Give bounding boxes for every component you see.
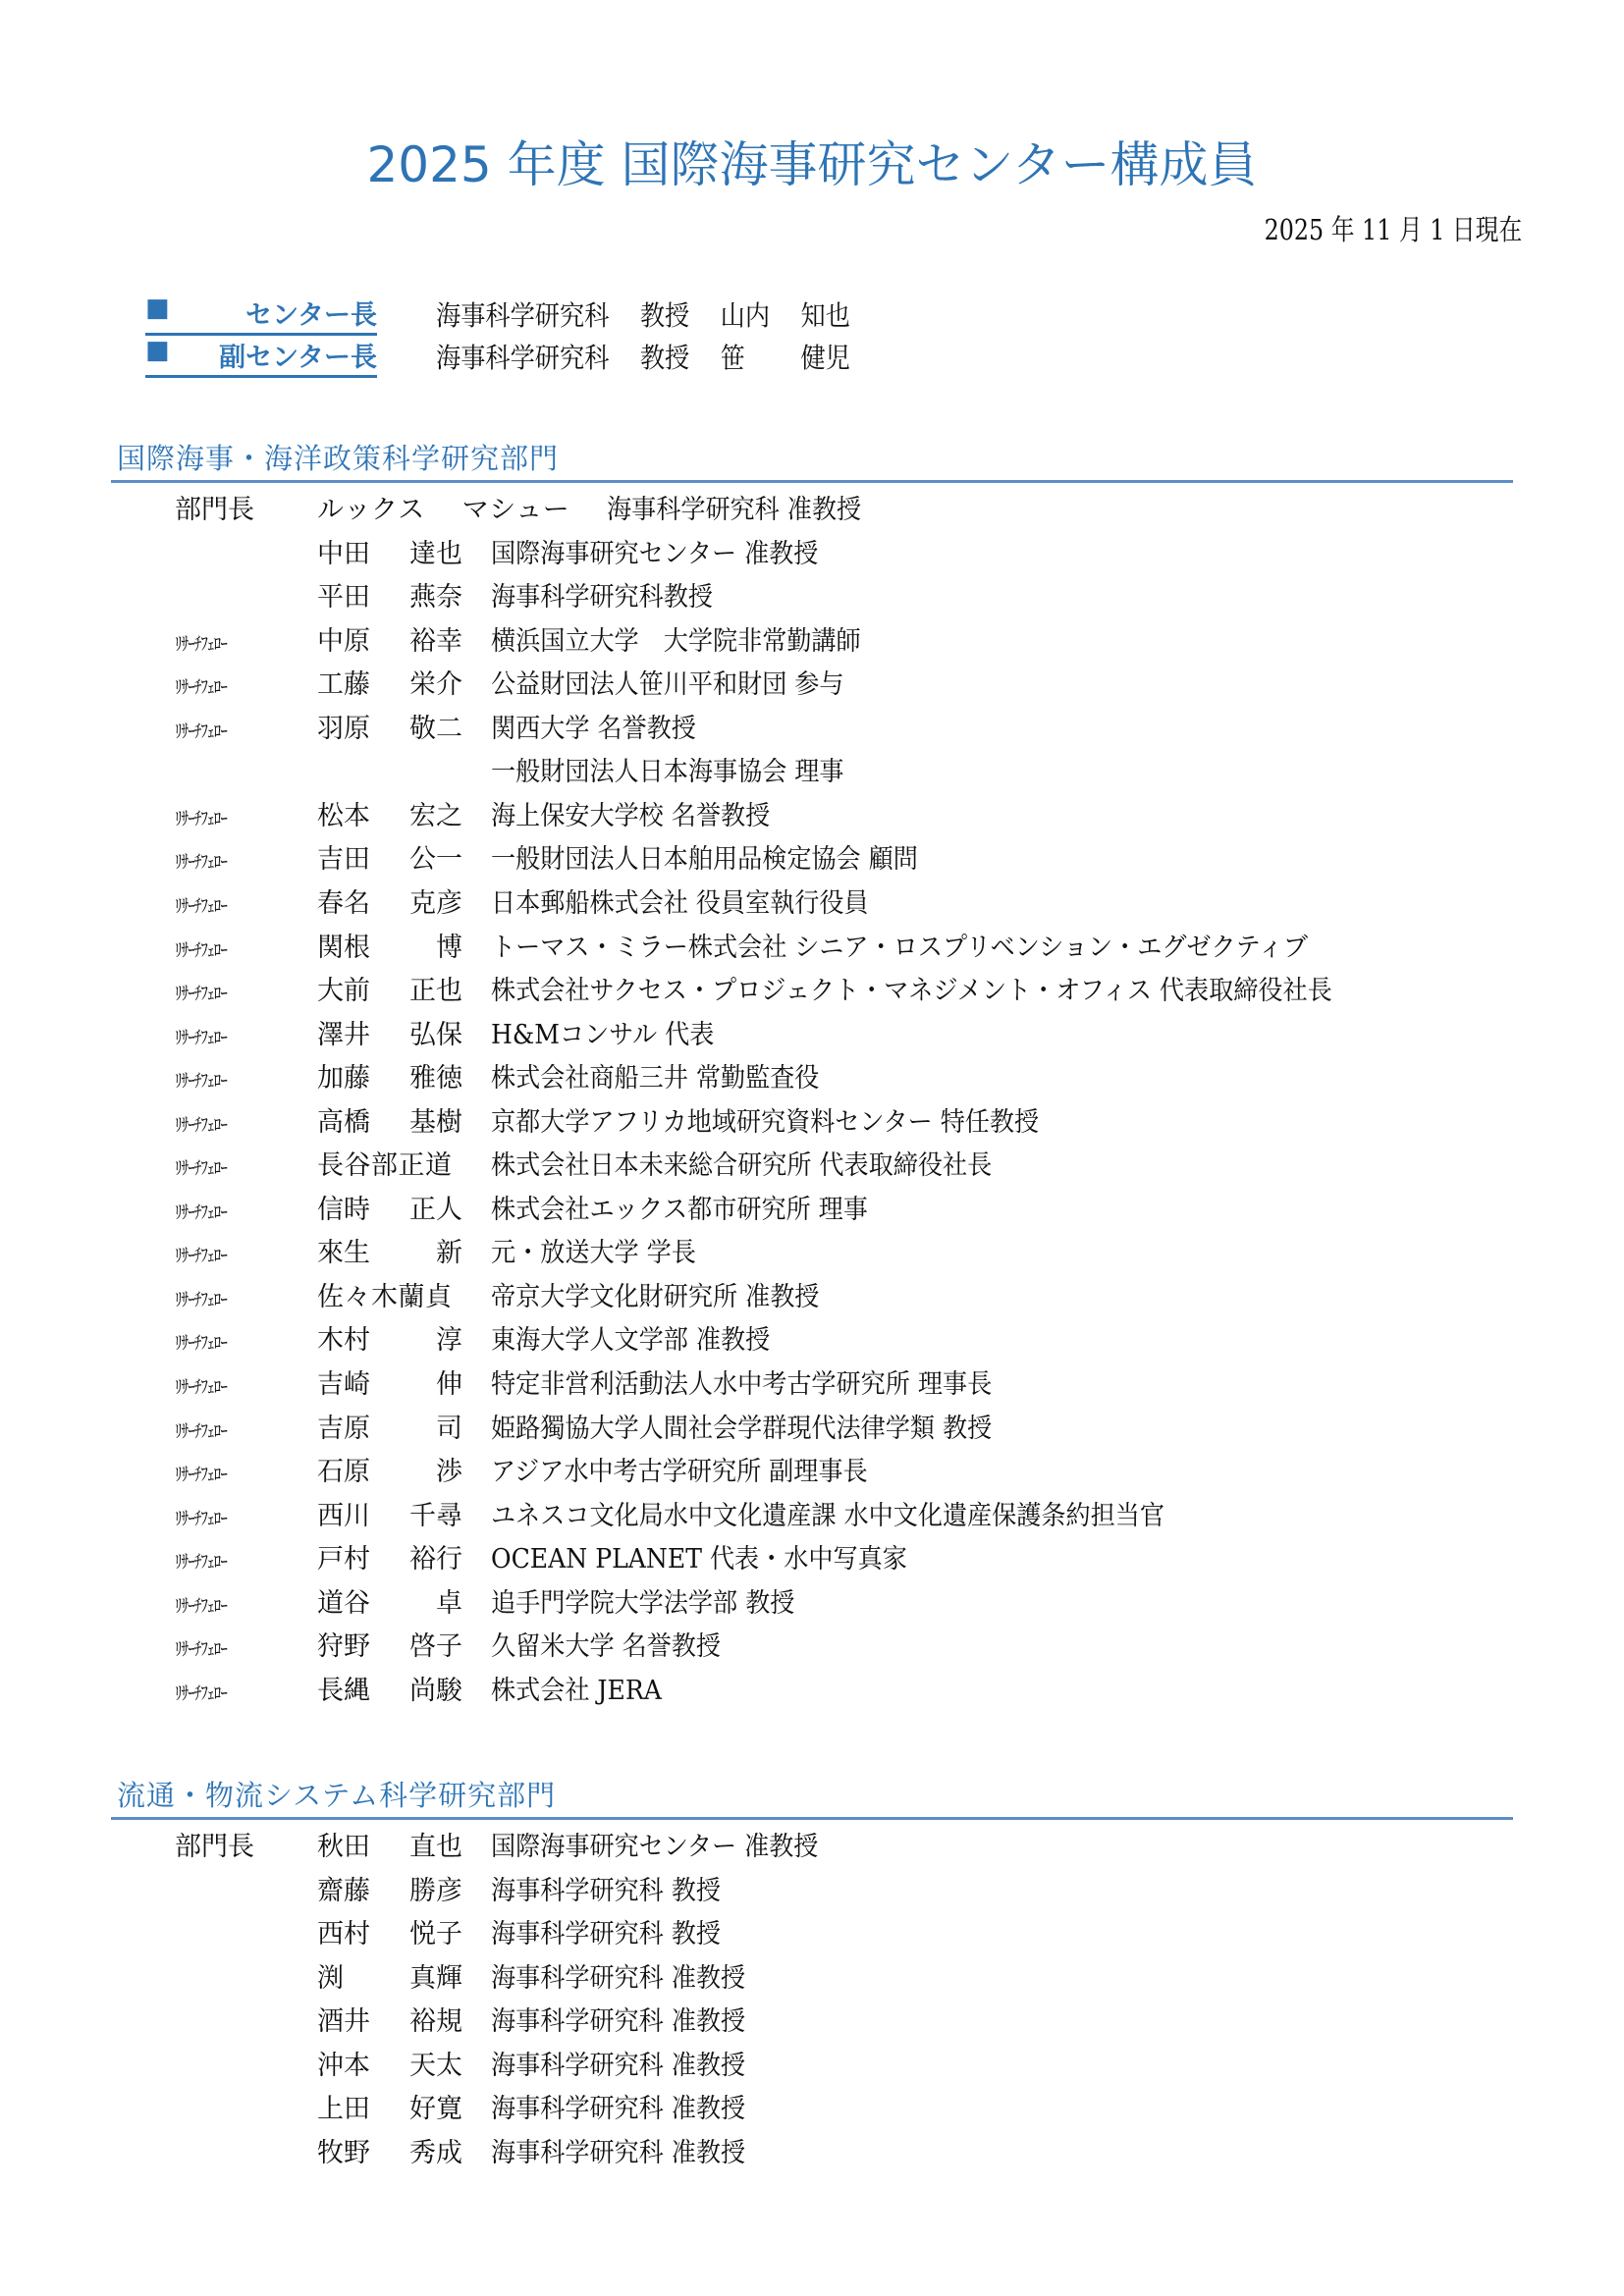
member-row: 部門長秋田直也国際海事研究センター 准教授 [0,1826,1624,1869]
member-affiliation: 株式会社サクセス・プロジェクト・マネジメント・オフィス 代表取締役社長 [491,970,1332,1013]
section-divider [111,480,1513,483]
member-role: ﾘｻｰﾁﾌｪﾛｰ [175,1191,227,1234]
family-name: 信時 [317,1189,370,1232]
family-name: 木村 [317,1319,370,1362]
family-name: 酒井 [317,2001,370,2044]
given-name: 公一 [409,838,462,881]
member-row: ﾘｻｰﾁﾌｪﾛｰ澤井弘保H&Mコンサル 代表 [0,1014,1624,1057]
given-name: 克彦 [409,882,462,926]
given-name: 直也 [409,1826,462,1869]
given-name: 敬二 [409,708,462,751]
square-bullet-icon: ■ [145,294,170,332]
member-row: ﾘｻｰﾁﾌｪﾛｰ長谷部正道株式会社日本未来総合研究所 代表取締役社長 [0,1145,1624,1188]
member-row: 西村悦子海事科学研究科 教授 [0,1913,1624,1956]
family-name: 秋田 [317,1826,370,1869]
member-row: 上田好寛海事科学研究科 准教授 [0,2088,1624,2131]
member-row: ﾘｻｰﾁﾌｪﾛｰ信時正人株式会社エックス都市研究所 理事 [0,1189,1624,1232]
given-name: 好寛 [409,2088,462,2131]
member-role: ﾘｻｰﾁﾌｪﾛｰ [175,1540,227,1583]
family-name: 長谷部正道 [317,1145,453,1188]
document-title: 2025 年度 国際海事研究センター構成員 [0,126,1624,196]
member-affiliation: 海事科学研究科 教授 [491,1913,721,1956]
member-name: 松本宏之 [317,795,462,838]
given-name: 裕規 [409,2001,462,2044]
given-name: 悦子 [409,1913,462,1956]
given-name: 司 [436,1408,462,1451]
family-name: 西川 [317,1495,370,1538]
member-name: 齋藤勝彦 [317,1870,462,1913]
member-name: 秋田直也 [317,1826,462,1869]
member-affiliation: 海事科学研究科教授 [491,576,713,619]
member-row: ﾘｻｰﾁﾌｪﾛｰ道谷卓追手門学院大学法学部 教授 [0,1582,1624,1626]
member-role: ﾘｻｰﾁﾌｪﾛｰ [175,840,227,883]
leader-detail: 海事科学研究科 教授 山内 知也 [436,294,850,334]
family-name: 牧野 [317,2132,370,2175]
member-affiliation: 京都大学アフリカ地域研究資料センター 特任教授 [491,1101,1039,1145]
member-name: 佐々木蘭貞 [317,1276,462,1319]
member-name: 春名克彦 [317,882,462,926]
member-name: 工藤栄介 [317,664,462,707]
member-row: 一般財団法人日本海事協会 理事 [0,751,1624,794]
family-name: 長縄 [317,1670,370,1713]
family-name: 狩野 [317,1626,370,1669]
given-name: 裕幸 [409,620,462,664]
member-row: ﾘｻｰﾁﾌｪﾛｰ木村淳東海大学人文学部 准教授 [0,1319,1624,1362]
member-affiliation: 国際海事研究センター 准教授 [491,1826,818,1869]
member-name: 澤井弘保 [317,1014,462,1057]
family-name: 澤井 [317,1014,370,1057]
member-row: ﾘｻｰﾁﾌｪﾛｰ狩野啓子久留米大学 名誉教授 [0,1626,1624,1669]
given-name: 真輝 [409,1957,462,2001]
given-name: 勝彦 [409,1870,462,1913]
member-name: 道谷卓 [317,1582,462,1626]
member-role: ﾘｻｰﾁﾌｪﾛｰ [175,972,227,1015]
member-affiliation: 株式会社日本未来総合研究所 代表取締役社長 [491,1145,992,1188]
given-name: 卓 [436,1582,462,1626]
member-affiliation: H&Mコンサル 代表 [491,1014,714,1057]
member-affiliation: 海上保安大学校 名誉教授 [491,795,770,838]
given-name: 雅徳 [409,1057,462,1100]
given-name: マシュー [462,489,569,532]
family-name: 西村 [317,1913,370,1956]
member-row: 中田達也国際海事研究センター 准教授 [0,533,1624,576]
family-name: 高橋 [317,1101,370,1145]
member-row: 齋藤勝彦海事科学研究科 教授 [0,1870,1624,1913]
family-name: 吉崎 [317,1363,370,1407]
member-name: 上田好寛 [317,2088,462,2131]
member-affiliation: 海事科学研究科 准教授 [491,2001,745,2044]
given-name: 尚駿 [409,1670,462,1713]
member-affiliation: 海事科学研究科 准教授 [607,489,861,532]
given-name: 宏之 [409,795,462,838]
member-role: ﾘｻｰﾁﾌｪﾛｰ [175,1628,227,1671]
member-name: 吉原司 [317,1408,462,1451]
member-role: ﾘｻｰﾁﾌｪﾛｰ [175,1059,227,1102]
member-name: 平田燕奈 [317,576,462,619]
member-row: ﾘｻｰﾁﾌｪﾛｰ吉崎伸特定非営利活動法人水中考古学研究所 理事長 [0,1363,1624,1407]
family-name: 加藤 [317,1057,370,1100]
family-name: 齋藤 [317,1870,370,1913]
member-row: ﾘｻｰﾁﾌｪﾛｰ高橋基樹京都大学アフリカ地域研究資料センター 特任教授 [0,1101,1624,1145]
given-name: 淳 [436,1319,462,1362]
member-row: ﾘｻｰﾁﾌｪﾛｰ吉田公一一般財団法人日本舶用品検定協会 顧問 [0,838,1624,881]
member-role: ﾘｻｰﾁﾌｪﾛｰ [175,710,227,753]
given-name: 啓子 [409,1626,462,1669]
member-name: 加藤雅徳 [317,1057,462,1100]
family-name: 佐々木蘭貞 [317,1276,453,1319]
member-role: ﾘｻｰﾁﾌｪﾛｰ [175,1584,227,1628]
given-name: 伸 [436,1363,462,1407]
family-name: 上田 [317,2088,370,2131]
member-affiliation: 株式会社 JERA [491,1670,662,1713]
family-name: ルックス [317,489,425,532]
member-affiliation: トーマス・ミラー株式会社 シニア・ロスプリベンション・エグゼクティブ [491,927,1308,970]
member-row: ﾘｻｰﾁﾌｪﾛｰ春名克彦日本郵船株式会社 役員室執行役員 [0,882,1624,926]
member-row: ﾘｻｰﾁﾌｪﾛｰ西川千尋ユネスコ文化局水中文化遺産課 水中文化遺産保護条約担当官 [0,1495,1624,1538]
member-row: ﾘｻｰﾁﾌｪﾛｰ來生新元・放送大学 学長 [0,1232,1624,1275]
member-affiliation: 東海大学人文学部 准教授 [491,1319,770,1362]
section-title: 流通・物流システム科学研究部門 [117,1774,556,1814]
member-row: 牧野秀成海事科学研究科 准教授 [0,2132,1624,2175]
member-name: 大前正也 [317,970,462,1013]
member-affiliation: 元・放送大学 学長 [491,1232,696,1275]
family-name: 沖本 [317,2045,370,2088]
member-affiliation: アジア水中考古学研究所 副理事長 [491,1451,868,1494]
member-name: 渕真輝 [317,1957,462,2001]
square-bullet-icon: ■ [145,336,170,374]
given-name: 博 [436,927,462,970]
given-name: 正人 [409,1189,462,1232]
member-row: ﾘｻｰﾁﾌｪﾛｰ佐々木蘭貞帝京大学文化財研究所 准教授 [0,1276,1624,1319]
member-role: ﾘｻｰﾁﾌｪﾛｰ [175,1365,227,1409]
member-role: ﾘｻｰﾁﾌｪﾛｰ [175,1453,227,1496]
member-role: ﾘｻｰﾁﾌｪﾛｰ [175,929,227,972]
member-affiliation: 公益財団法人笹川平和財団 参与 [491,664,844,707]
member-affiliation: 海事科学研究科 准教授 [491,2045,745,2088]
member-name: 石原渉 [317,1451,462,1494]
given-name: 千尋 [409,1495,462,1538]
member-name: 木村淳 [317,1319,462,1362]
family-name: 石原 [317,1451,370,1494]
member-affiliation: OCEAN PLANET 代表・水中写真家 [491,1538,907,1581]
member-row: ﾘｻｰﾁﾌｪﾛｰ長縄尚駿株式会社 JERA [0,1670,1624,1713]
member-name: 関根博 [317,927,462,970]
given-name: 栄介 [409,664,462,707]
member-affiliation: 帝京大学文化財研究所 准教授 [491,1276,819,1319]
given-name: 新 [436,1232,462,1275]
member-row: ﾘｻｰﾁﾌｪﾛｰ松本宏之海上保安大学校 名誉教授 [0,795,1624,838]
family-name: 道谷 [317,1582,370,1626]
given-name: 基樹 [409,1101,462,1145]
member-row: 渕真輝海事科学研究科 准教授 [0,1957,1624,2001]
member-row: ﾘｻｰﾁﾌｪﾛｰ関根博トーマス・ミラー株式会社 シニア・ロスプリベンション・エグ… [0,927,1624,970]
member-role: ﾘｻｰﾁﾌｪﾛｰ [175,622,227,666]
member-affiliation: 久留米大学 名誉教授 [491,1626,721,1669]
family-name: 中田 [317,533,370,576]
member-row: ﾘｻｰﾁﾌｪﾛｰ中原裕幸横浜国立大学 大学院非常勤講師 [0,620,1624,664]
member-name: 吉田公一 [317,838,462,881]
given-name: 弘保 [409,1014,462,1057]
member-name: 狩野啓子 [317,1626,462,1669]
family-name: 渕 [317,1957,344,2001]
leader-row-director: ■ センター長 海事科学研究科 教授 山内 知也 [145,294,377,334]
given-name: 達也 [409,533,462,576]
given-name: 裕行 [409,1538,462,1581]
given-name: 燕奈 [409,576,462,619]
given-name: 渉 [436,1451,462,1494]
member-name: 來生新 [317,1232,462,1275]
member-role: ﾘｻｰﾁﾌｪﾛｰ [175,1672,227,1715]
member-affiliation: 海事科学研究科 准教授 [491,1957,745,2001]
family-name: 平田 [317,576,370,619]
member-affiliation: 株式会社商船三井 常勤監査役 [491,1057,819,1100]
family-name: 羽原 [317,708,370,751]
member-affiliation: 日本郵船株式会社 役員室執行役員 [491,882,869,926]
member-name: 沖本天太 [317,2045,462,2088]
member-row: ﾘｻｰﾁﾌｪﾛｰ石原渉アジア水中考古学研究所 副理事長 [0,1451,1624,1494]
member-role: ﾘｻｰﾁﾌｪﾛｰ [175,1234,227,1277]
leader-label: ■ センター長 [145,294,377,336]
member-role: ﾘｻｰﾁﾌｪﾛｰ [175,1410,227,1453]
member-name: 西村悦子 [317,1913,462,1956]
member-row: ﾘｻｰﾁﾌｪﾛｰ戸村裕行OCEAN PLANET 代表・水中写真家 [0,1538,1624,1581]
member-affiliation: 海事科学研究科 教授 [491,1870,721,1913]
given-name: 秀成 [409,2132,462,2175]
family-name: 工藤 [317,664,370,707]
member-affiliation: 追手門学院大学法学部 教授 [491,1582,794,1626]
member-row: ﾘｻｰﾁﾌｪﾛｰ羽原敬二関西大学 名誉教授 [0,708,1624,751]
member-role: ﾘｻｰﾁﾌｪﾛｰ [175,1278,227,1321]
member-role: ﾘｻｰﾁﾌｪﾛｰ [175,666,227,709]
section-divider [111,1817,1513,1820]
member-row: 平田燕奈海事科学研究科教授 [0,576,1624,619]
member-name: 中田達也 [317,533,462,576]
leader-label: ■ 副センター長 [145,336,377,378]
given-name: 正也 [409,970,462,1013]
member-role: ﾘｻｰﾁﾌｪﾛｰ [175,797,227,840]
member-affiliation: 国際海事研究センター 准教授 [491,533,818,576]
member-affiliation: 海事科学研究科 准教授 [491,2132,745,2175]
member-role: ﾘｻｰﾁﾌｪﾛｰ [175,884,227,928]
as-of-date: 2025 年 11 月 1 日現在 [1264,208,1522,248]
member-name: 西川千尋 [317,1495,462,1538]
member-role: 部門長 [175,489,254,532]
given-name: 天太 [409,2045,462,2088]
member-affiliation: 関西大学 名誉教授 [491,708,696,751]
member-name: 戸村裕行 [317,1538,462,1581]
member-affiliation: 一般財団法人日本海事協会 理事 [491,751,844,794]
member-affiliation: ユネスコ文化局水中文化遺産課 水中文化遺産保護条約担当官 [491,1495,1164,1538]
member-row: ﾘｻｰﾁﾌｪﾛｰ大前正也株式会社サクセス・プロジェクト・マネジメント・オフィス … [0,970,1624,1013]
member-row: ﾘｻｰﾁﾌｪﾛｰ吉原司姫路獨協大学人間社会学群現代法律学類 教授 [0,1408,1624,1451]
leader-detail: 海事科学研究科 教授 笹 健児 [436,337,850,376]
member-role: 部門長 [175,1826,254,1869]
member-name: 長縄尚駿 [317,1670,462,1713]
member-affiliation: 株式会社エックス都市研究所 理事 [491,1189,868,1232]
member-row: 酒井裕規海事科学研究科 准教授 [0,2001,1624,2044]
family-name: 中原 [317,620,370,664]
member-row: 部門長ルックスマシュー海事科学研究科 准教授 [0,489,1624,532]
member-row: 沖本天太海事科学研究科 准教授 [0,2045,1624,2088]
family-name: 春名 [317,882,370,926]
member-role: ﾘｻｰﾁﾌｪﾛｰ [175,1147,227,1190]
member-affiliation: 一般財団法人日本舶用品検定協会 顧問 [491,838,918,881]
member-row: ﾘｻｰﾁﾌｪﾛｰ加藤雅徳株式会社商船三井 常勤監査役 [0,1057,1624,1100]
family-name: 戸村 [317,1538,370,1581]
member-role: ﾘｻｰﾁﾌｪﾛｰ [175,1321,227,1364]
leader-row-deputy-director: ■ 副センター長 海事科学研究科 教授 笹 健児 [145,337,377,376]
member-role: ﾘｻｰﾁﾌｪﾛｰ [175,1103,227,1147]
member-affiliation: 特定非営利活動法人水中考古学研究所 理事長 [491,1363,992,1407]
member-name: ルックスマシュー [317,489,572,532]
member-row: ﾘｻｰﾁﾌｪﾛｰ工藤栄介公益財団法人笹川平和財団 参与 [0,664,1624,707]
member-name: 酒井裕規 [317,2001,462,2044]
member-name: 中原裕幸 [317,620,462,664]
family-name: 大前 [317,970,370,1013]
family-name: 松本 [317,795,370,838]
member-affiliation: 横浜国立大学 大学院非常勤講師 [491,620,861,664]
member-affiliation: 姫路獨協大学人間社会学群現代法律学類 教授 [491,1408,992,1451]
family-name: 関根 [317,927,370,970]
section-title: 国際海事・海洋政策科学研究部門 [117,437,559,477]
member-affiliation: 海事科学研究科 准教授 [491,2088,745,2131]
member-name: 羽原敬二 [317,708,462,751]
family-name: 來生 [317,1232,370,1275]
member-role: ﾘｻｰﾁﾌｪﾛｰ [175,1497,227,1540]
member-name: 吉崎伸 [317,1363,462,1407]
member-name: 信時正人 [317,1189,462,1232]
member-name: 長谷部正道 [317,1145,462,1188]
member-name: 高橋基樹 [317,1101,462,1145]
member-role: ﾘｻｰﾁﾌｪﾛｰ [175,1016,227,1059]
family-name: 吉原 [317,1408,370,1451]
family-name: 吉田 [317,838,370,881]
member-name: 牧野秀成 [317,2132,462,2175]
